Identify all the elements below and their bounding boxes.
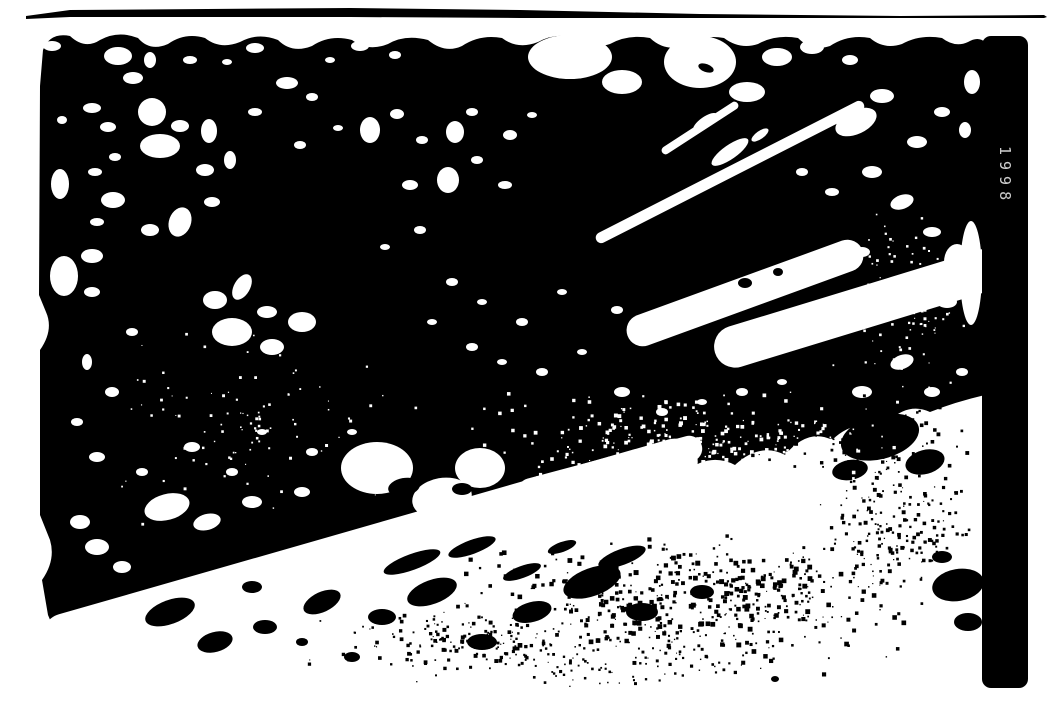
speckle-dot bbox=[671, 454, 673, 456]
speckle-dot bbox=[853, 312, 855, 314]
speckle-dot bbox=[571, 497, 575, 501]
speckle-dot bbox=[470, 626, 471, 627]
highlight-blob bbox=[800, 40, 824, 54]
speckle-dot bbox=[766, 640, 769, 643]
speckle-dot bbox=[937, 432, 941, 436]
speckle-dot bbox=[761, 576, 763, 578]
speckle-dot bbox=[603, 437, 604, 438]
speckle-dot bbox=[943, 528, 946, 531]
speckle-dot bbox=[573, 605, 574, 606]
speckle-dot bbox=[696, 424, 697, 425]
speckle-dot bbox=[485, 619, 487, 621]
speckle-dot bbox=[915, 284, 918, 287]
speckle-dot bbox=[804, 573, 806, 575]
highlight-blob bbox=[84, 287, 100, 297]
speckle-dot bbox=[870, 434, 874, 438]
speckle-dot bbox=[609, 429, 612, 432]
speckle-dot bbox=[696, 553, 697, 554]
speckle-dot bbox=[662, 548, 665, 551]
speckle-dot bbox=[944, 477, 947, 480]
speckle-dot bbox=[857, 464, 861, 468]
speckle-dot bbox=[927, 270, 928, 271]
speckle-dot bbox=[807, 586, 808, 587]
speckle-dot bbox=[224, 475, 226, 477]
speckle-dot bbox=[586, 618, 590, 622]
speckle-dot bbox=[744, 590, 747, 593]
speckle-dot bbox=[786, 449, 788, 451]
speckle-dot bbox=[884, 443, 885, 444]
speckle-dot bbox=[755, 642, 757, 644]
speckle-dot bbox=[668, 663, 671, 666]
highlight-blob bbox=[536, 368, 548, 376]
speckle-dot bbox=[294, 423, 296, 425]
speckle-dot bbox=[848, 596, 851, 599]
speckle-dot bbox=[923, 540, 925, 542]
speckle-dot bbox=[623, 411, 624, 412]
speckle-dot bbox=[541, 583, 544, 586]
speckle-dot bbox=[802, 584, 807, 589]
speckle-dot bbox=[662, 443, 663, 444]
speckle-dot bbox=[807, 430, 809, 432]
speckle-dot bbox=[571, 608, 573, 610]
speckle-dot bbox=[232, 321, 234, 323]
speckle-dot bbox=[292, 419, 294, 421]
speckle-dot bbox=[820, 427, 822, 429]
speckle-dot bbox=[494, 630, 497, 633]
speckle-dot bbox=[777, 436, 780, 439]
speckle-dot bbox=[655, 631, 656, 632]
speckle-dot bbox=[765, 606, 767, 608]
speckle-dot bbox=[249, 449, 251, 451]
speckle-dot bbox=[856, 460, 858, 462]
speckle-dot bbox=[578, 665, 580, 667]
speckle-dot bbox=[908, 322, 910, 324]
speckle-dot bbox=[713, 494, 714, 495]
speckle-dot bbox=[504, 452, 506, 454]
speckle-dot bbox=[601, 599, 604, 602]
speckle-dot bbox=[614, 414, 618, 418]
speckle-dot bbox=[538, 466, 540, 468]
speckle-dot bbox=[697, 644, 700, 647]
speckle-dot bbox=[454, 646, 455, 647]
shadow-blob bbox=[501, 560, 543, 585]
speckle-dot bbox=[555, 675, 557, 677]
speckle-dot bbox=[605, 439, 608, 442]
highlight-blob bbox=[471, 156, 483, 164]
speckle-dot bbox=[602, 593, 604, 595]
speckle-dot bbox=[695, 604, 696, 605]
speckle-dot bbox=[719, 569, 722, 572]
speckle-dot bbox=[897, 612, 900, 615]
speckle-dot bbox=[446, 626, 449, 629]
speckle-dot bbox=[894, 462, 895, 463]
speckle-dot bbox=[863, 394, 866, 397]
speckle-dot bbox=[143, 380, 146, 383]
speckle-dot bbox=[569, 449, 570, 450]
speckle-dot bbox=[763, 654, 767, 658]
speckle-dot bbox=[942, 510, 944, 512]
speckle-dot bbox=[880, 581, 883, 584]
speckle-dot bbox=[588, 400, 592, 404]
speckle-dot bbox=[935, 317, 937, 319]
speckle-dot bbox=[869, 499, 871, 501]
speckle-dot bbox=[818, 476, 821, 479]
speckle-dot bbox=[933, 428, 937, 432]
speckle-dot bbox=[902, 510, 906, 514]
speckle-dot bbox=[694, 587, 697, 590]
photo-edge-marking: 1998 bbox=[996, 146, 1014, 206]
speckle-dot bbox=[773, 586, 776, 589]
speckle-dot bbox=[609, 575, 612, 578]
speckle-dot bbox=[375, 494, 376, 495]
speckle-dot bbox=[793, 553, 794, 554]
speckle-dot bbox=[673, 594, 676, 597]
speckle-dot bbox=[458, 647, 460, 649]
speckle-dot bbox=[858, 298, 861, 301]
speckle-dot bbox=[687, 470, 690, 473]
speckle-dot bbox=[852, 629, 856, 633]
speckle-dot bbox=[751, 454, 754, 457]
speckle-dot bbox=[768, 647, 769, 648]
speckle-dot bbox=[604, 631, 605, 632]
speckle-dot bbox=[776, 458, 778, 460]
speckle-dot bbox=[692, 406, 695, 409]
speckle-dot bbox=[741, 459, 744, 462]
speckle-dot bbox=[235, 452, 236, 453]
speckle-dot bbox=[270, 427, 272, 429]
speckle-dot bbox=[623, 623, 626, 626]
speckle-dot bbox=[204, 431, 206, 433]
speckle-dot bbox=[734, 671, 737, 674]
speckle-dot bbox=[778, 631, 780, 633]
speckle-dot bbox=[928, 538, 932, 542]
speckle-dot bbox=[672, 600, 675, 603]
speckle-dot bbox=[707, 657, 708, 658]
speckle-dot bbox=[858, 586, 859, 587]
speckle-dot bbox=[909, 311, 911, 313]
speckle-dot bbox=[680, 417, 682, 419]
highlight-blob bbox=[577, 349, 587, 355]
speckle-dot bbox=[737, 471, 738, 472]
shadow-blob bbox=[368, 609, 396, 625]
speckle-dot bbox=[872, 571, 874, 573]
speckle-dot bbox=[880, 473, 882, 475]
speckle-dot bbox=[481, 592, 483, 594]
speckle-dot bbox=[830, 586, 832, 588]
speckle-dot bbox=[893, 559, 894, 560]
speckle-dot bbox=[540, 649, 542, 651]
speckle-dot bbox=[718, 662, 720, 664]
highlight-blob bbox=[85, 539, 109, 555]
speckle-dot bbox=[875, 472, 876, 473]
speckle-dot bbox=[141, 345, 142, 346]
speckle-dot bbox=[898, 199, 900, 201]
shadow-blob bbox=[738, 278, 752, 288]
speckle-dot bbox=[758, 621, 760, 623]
speckle-dot bbox=[366, 366, 368, 368]
speckle-dot bbox=[471, 428, 473, 430]
speckle-dot bbox=[815, 424, 817, 426]
speckle-dot bbox=[605, 668, 607, 670]
speckle-dot bbox=[747, 559, 751, 563]
highlight-blob bbox=[777, 379, 787, 385]
speckle-dot bbox=[853, 577, 855, 579]
speckle-dot bbox=[918, 475, 921, 478]
speckle-dot bbox=[757, 594, 760, 597]
speckle-dot bbox=[828, 259, 831, 262]
speckle-dot bbox=[784, 436, 787, 439]
speckle-dot bbox=[279, 354, 281, 356]
speckle-dot bbox=[767, 611, 769, 613]
speckle-dot bbox=[559, 670, 562, 673]
speckle-dot bbox=[681, 581, 685, 585]
speckle-dot bbox=[461, 646, 463, 648]
speckle-dot bbox=[649, 614, 652, 617]
speckle-dot bbox=[711, 663, 714, 666]
speckle-dot bbox=[656, 576, 661, 581]
speckle-dot bbox=[818, 401, 822, 405]
speckle-dot bbox=[832, 606, 834, 608]
speckle-dot bbox=[426, 620, 428, 622]
speckle-dot bbox=[634, 557, 635, 558]
speckle-dot bbox=[677, 554, 682, 559]
speckle-dot bbox=[789, 451, 790, 452]
speckle-dot bbox=[634, 570, 639, 575]
speckle-dot bbox=[437, 624, 439, 626]
speckle-dot bbox=[862, 499, 865, 502]
speckle-dot bbox=[664, 673, 665, 674]
speckle-dot bbox=[823, 617, 824, 618]
speckle-dot bbox=[614, 565, 618, 569]
highlight-blob bbox=[528, 35, 612, 79]
speckle-dot bbox=[936, 534, 938, 536]
speckle-dot bbox=[765, 454, 766, 455]
speckle-dot bbox=[693, 649, 695, 651]
speckle-dot bbox=[968, 290, 970, 292]
speckle-dot bbox=[424, 628, 426, 630]
speckle-dot bbox=[676, 637, 678, 639]
speckle-dot bbox=[965, 307, 966, 308]
speckle-dot bbox=[738, 624, 743, 629]
speckle-dot bbox=[800, 592, 802, 594]
speckle-dot bbox=[699, 592, 703, 596]
speckle-dot bbox=[593, 585, 597, 589]
speckle-dot bbox=[752, 649, 757, 654]
speckle-dot bbox=[888, 569, 892, 573]
speckle-dot bbox=[607, 682, 608, 683]
speckle-dot bbox=[873, 501, 875, 503]
highlight-blob bbox=[306, 93, 318, 101]
speckle-dot bbox=[658, 439, 660, 441]
speckle-dot bbox=[852, 515, 856, 519]
speckle-dot bbox=[611, 481, 612, 482]
speckle-dot bbox=[722, 644, 725, 647]
speckle-dot bbox=[233, 452, 235, 454]
highlight-blob bbox=[257, 429, 267, 435]
speckle-dot bbox=[693, 576, 698, 581]
highlight-blob bbox=[183, 56, 197, 64]
speckle-dot bbox=[416, 681, 417, 682]
speckle-dot bbox=[765, 460, 768, 463]
speckle-dot bbox=[258, 425, 261, 428]
speckle-dot bbox=[871, 263, 873, 265]
speckle-dot bbox=[805, 569, 808, 572]
speckle-dot bbox=[651, 605, 656, 610]
highlight-blob bbox=[224, 151, 236, 169]
top-rule-shape bbox=[26, 8, 1047, 19]
speckle-dot bbox=[794, 567, 799, 572]
speckle-dot bbox=[963, 325, 965, 327]
speckle-dot bbox=[916, 411, 918, 413]
speckle-dot bbox=[937, 258, 939, 260]
speckle-dot bbox=[823, 420, 827, 424]
speckle-dot bbox=[612, 624, 613, 625]
speckle-dot bbox=[513, 641, 515, 643]
speckle-dot bbox=[659, 585, 661, 587]
speckle-dot bbox=[855, 611, 859, 615]
speckle-dot bbox=[806, 433, 809, 436]
speckle-dot bbox=[928, 321, 929, 322]
speckle-dot bbox=[831, 616, 833, 618]
speckle-dot bbox=[715, 435, 717, 437]
speckle-dot bbox=[880, 277, 881, 278]
speckle-dot bbox=[637, 621, 642, 626]
speckle-dot bbox=[588, 579, 591, 582]
speckle-dot bbox=[702, 618, 704, 620]
speckle-dot bbox=[900, 585, 902, 587]
speckle-dot bbox=[909, 526, 911, 528]
speckle-dot bbox=[936, 551, 938, 553]
speckle-dot bbox=[935, 539, 938, 542]
speckle-dot bbox=[910, 329, 911, 330]
speckle-dot bbox=[903, 435, 907, 439]
speckle-dot bbox=[791, 458, 794, 461]
speckle-dot bbox=[511, 593, 514, 596]
speckle-dot bbox=[711, 616, 713, 618]
speckle-dot bbox=[735, 578, 738, 581]
speckle-dot bbox=[431, 638, 433, 640]
speckle-dot bbox=[699, 670, 700, 671]
speckle-dot bbox=[738, 447, 741, 450]
speckle-dot bbox=[627, 554, 630, 557]
speckle-dot bbox=[909, 404, 912, 407]
speckle-dot bbox=[840, 397, 844, 401]
speckle-dot bbox=[424, 660, 428, 664]
speckle-dot bbox=[584, 623, 588, 627]
speckle-dot bbox=[579, 644, 581, 646]
speckle-dot bbox=[734, 614, 737, 617]
speckle-dot bbox=[202, 447, 204, 449]
speckle-dot bbox=[737, 463, 739, 465]
speckle-dot bbox=[803, 615, 804, 616]
speckle-dot bbox=[708, 448, 709, 449]
speckle-dot bbox=[767, 486, 770, 489]
speckle-dot bbox=[619, 606, 621, 608]
speckle-dot bbox=[775, 407, 777, 409]
speckle-dot bbox=[903, 502, 906, 505]
speckle-dot bbox=[513, 646, 517, 650]
speckle-dot bbox=[886, 656, 887, 657]
speckle-dot bbox=[855, 398, 857, 400]
speckle-dot bbox=[777, 605, 781, 609]
speckle-dot bbox=[872, 593, 877, 598]
speckle-dot bbox=[839, 441, 842, 444]
speckle-dot bbox=[635, 657, 637, 659]
speckle-dot bbox=[779, 432, 781, 434]
speckle-dot bbox=[760, 438, 764, 442]
speckle-dot bbox=[524, 645, 527, 648]
speckle-dot bbox=[914, 289, 916, 291]
speckle-dot bbox=[579, 573, 580, 574]
speckle-dot bbox=[758, 488, 761, 491]
speckle-dot bbox=[669, 467, 671, 469]
highlight-blob bbox=[126, 328, 138, 336]
speckle-dot bbox=[847, 460, 849, 462]
speckle-dot bbox=[875, 623, 878, 626]
speckle-dot bbox=[784, 609, 788, 613]
speckle-dot bbox=[741, 661, 745, 665]
speckle-dot bbox=[183, 447, 186, 450]
speckle-dot bbox=[255, 417, 258, 420]
speckle-dot bbox=[831, 449, 834, 452]
highlight-blob bbox=[416, 136, 428, 144]
speckle-dot bbox=[828, 433, 829, 434]
speckle-dot bbox=[620, 426, 621, 427]
speckle-dot bbox=[730, 450, 733, 453]
speckle-dot bbox=[707, 421, 708, 422]
highlight-blob bbox=[201, 119, 217, 143]
speckle-dot bbox=[489, 621, 493, 625]
speckle-dot bbox=[911, 541, 914, 544]
speckle-dot bbox=[921, 577, 923, 579]
speckle-dot bbox=[525, 659, 527, 661]
highlight-blob bbox=[762, 48, 792, 66]
highlight-blob bbox=[446, 121, 464, 143]
speckle-dot bbox=[727, 403, 729, 405]
speckle-dot bbox=[782, 578, 787, 583]
speckle-dot bbox=[837, 418, 840, 421]
speckle-dot bbox=[535, 574, 539, 578]
speckle-dot bbox=[555, 559, 557, 561]
highlight-blob bbox=[109, 153, 121, 161]
speckle-dot bbox=[808, 591, 810, 593]
speckle-dot bbox=[580, 619, 583, 622]
speckle-dot bbox=[613, 442, 614, 443]
speckle-dot bbox=[879, 609, 880, 610]
speckle-dot bbox=[617, 414, 621, 418]
speckle-dot bbox=[934, 333, 935, 334]
shadow-blob bbox=[296, 638, 308, 646]
speckle-dot bbox=[673, 470, 674, 471]
speckle-dot bbox=[615, 583, 619, 587]
speckle-dot bbox=[597, 638, 598, 639]
speckle-dot bbox=[588, 396, 589, 397]
speckle-dot bbox=[881, 436, 883, 438]
speckle-dot bbox=[715, 619, 717, 621]
speckle-dot bbox=[923, 247, 926, 250]
speckle-dot bbox=[504, 574, 507, 577]
speckle-dot bbox=[694, 468, 697, 471]
speckle-dot bbox=[589, 586, 593, 590]
speckle-dot bbox=[719, 461, 721, 463]
speckle-dot bbox=[849, 580, 852, 583]
speckle-dot bbox=[717, 482, 721, 486]
highlight-blob bbox=[260, 339, 284, 355]
speckle-dot bbox=[870, 290, 872, 292]
speckle-dot bbox=[497, 646, 499, 648]
speckle-dot bbox=[946, 313, 949, 316]
speckle-dot bbox=[667, 452, 670, 455]
